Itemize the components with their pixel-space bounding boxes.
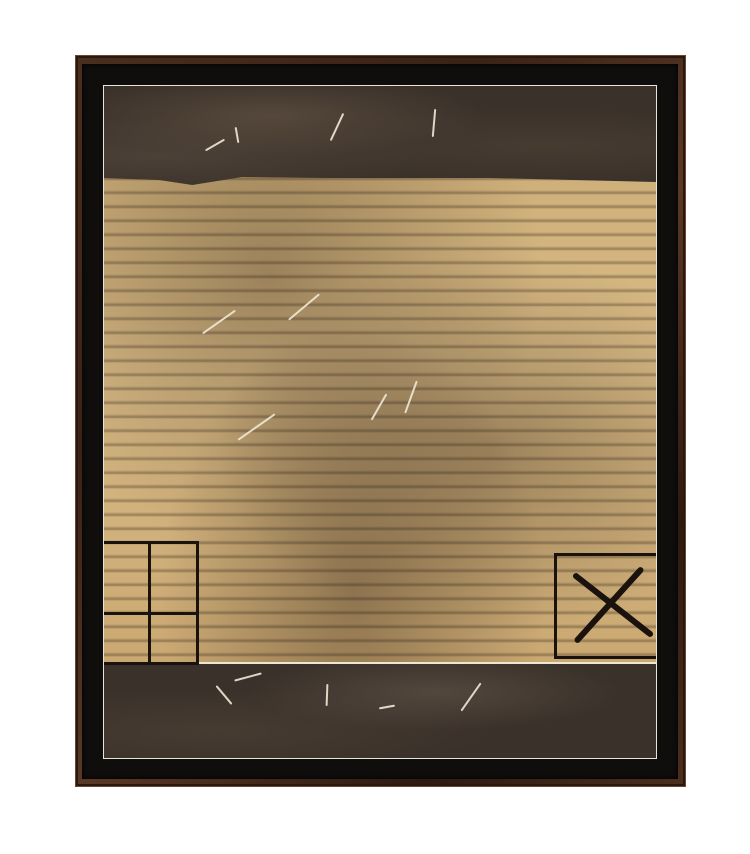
bottom-dark-band xyxy=(104,662,656,758)
top-dark-band xyxy=(104,86,656,186)
x-mark-motif xyxy=(554,553,656,659)
artwork xyxy=(104,86,656,758)
window-grid-motif xyxy=(104,541,199,665)
